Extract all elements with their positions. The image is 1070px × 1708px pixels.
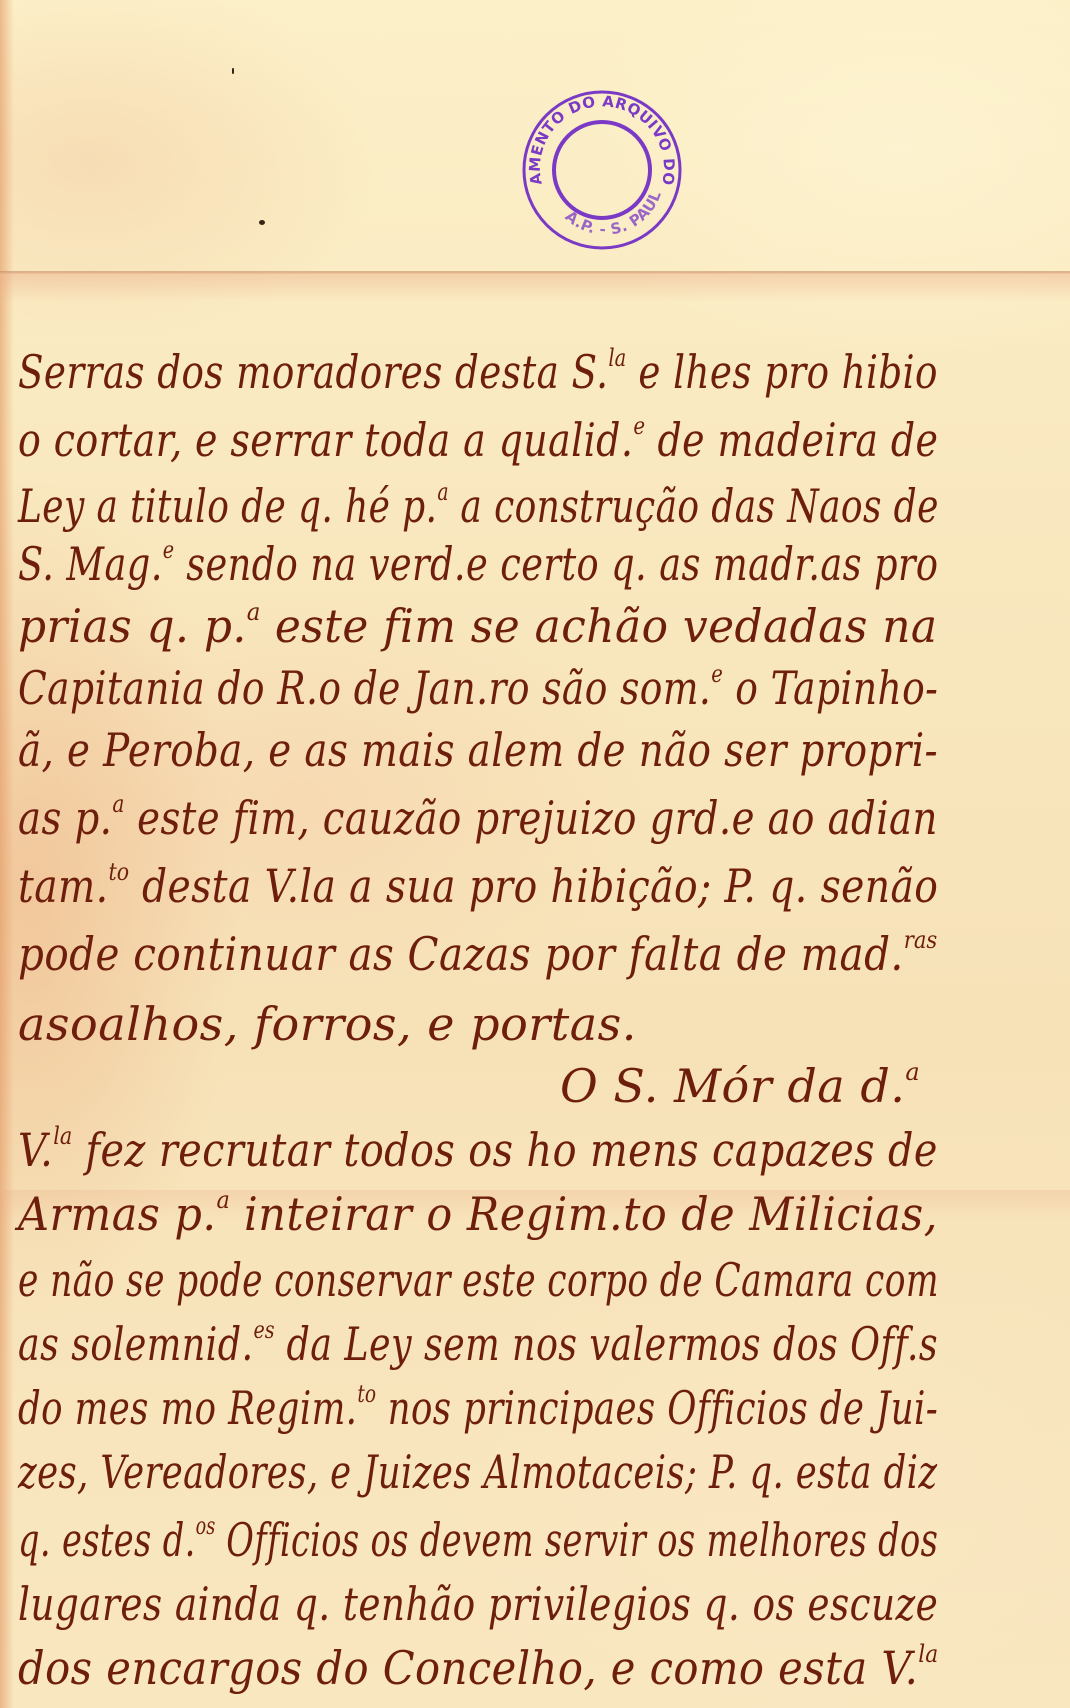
text-line: ã, e Peroba, e as mais alem de não ser p… <box>18 722 938 777</box>
text-line: as solemnid.es da Ley sem nos valermos d… <box>18 1316 938 1371</box>
text-line: V.la fez recrutar todos os ho mens capaz… <box>18 1122 938 1177</box>
text-line: Ley a titulo de q. hé p.a a construção d… <box>18 478 939 533</box>
text-line: dos encargos do Concelho, e como esta V.… <box>18 1640 938 1695</box>
text-line: Serras dos moradores desta S.la e lhes p… <box>18 344 938 399</box>
text-line: lugares ainda q. tenhão privilegios q. o… <box>18 1576 938 1631</box>
text-line: Armas p.a inteirar o Regim.to de Milicia… <box>18 1186 938 1241</box>
text-line: tam.to desta V.la a sua pro hibição; P. … <box>18 858 938 913</box>
text-line: S. Mag.e sendo na verd.e certo q. as mad… <box>18 536 938 591</box>
text-line: pode continuar as Cazas por falta de mad… <box>18 926 937 981</box>
text-line: zes, Vereadores, e Juizes Almotaceis; P.… <box>18 1444 937 1499</box>
text-line: e não se pode conservar este corpo de Ca… <box>18 1252 939 1307</box>
text-line: prias q. p.a este fim se achão vedadas n… <box>18 598 938 653</box>
text-line: asoalhos, forros, e portas. <box>18 996 637 1051</box>
text-line-paragraph-start: O S. Mór da d.a <box>560 1058 920 1113</box>
text-line: as p.a este fim, cauzão prejuizo grd.e a… <box>18 790 938 845</box>
manuscript-text: Serras dos moradores desta S.la e lhes p… <box>0 0 1070 1708</box>
text-line: do mes mo Regim.to nos principaes Offici… <box>18 1380 938 1435</box>
text-line: o cortar, e serrar toda a qualid.e de ma… <box>18 412 938 467</box>
text-line: q. estes d.os Officios os devem servir o… <box>18 1512 938 1567</box>
text-line: Capitania do R.o de Jan.ro são som.e o T… <box>18 660 938 715</box>
